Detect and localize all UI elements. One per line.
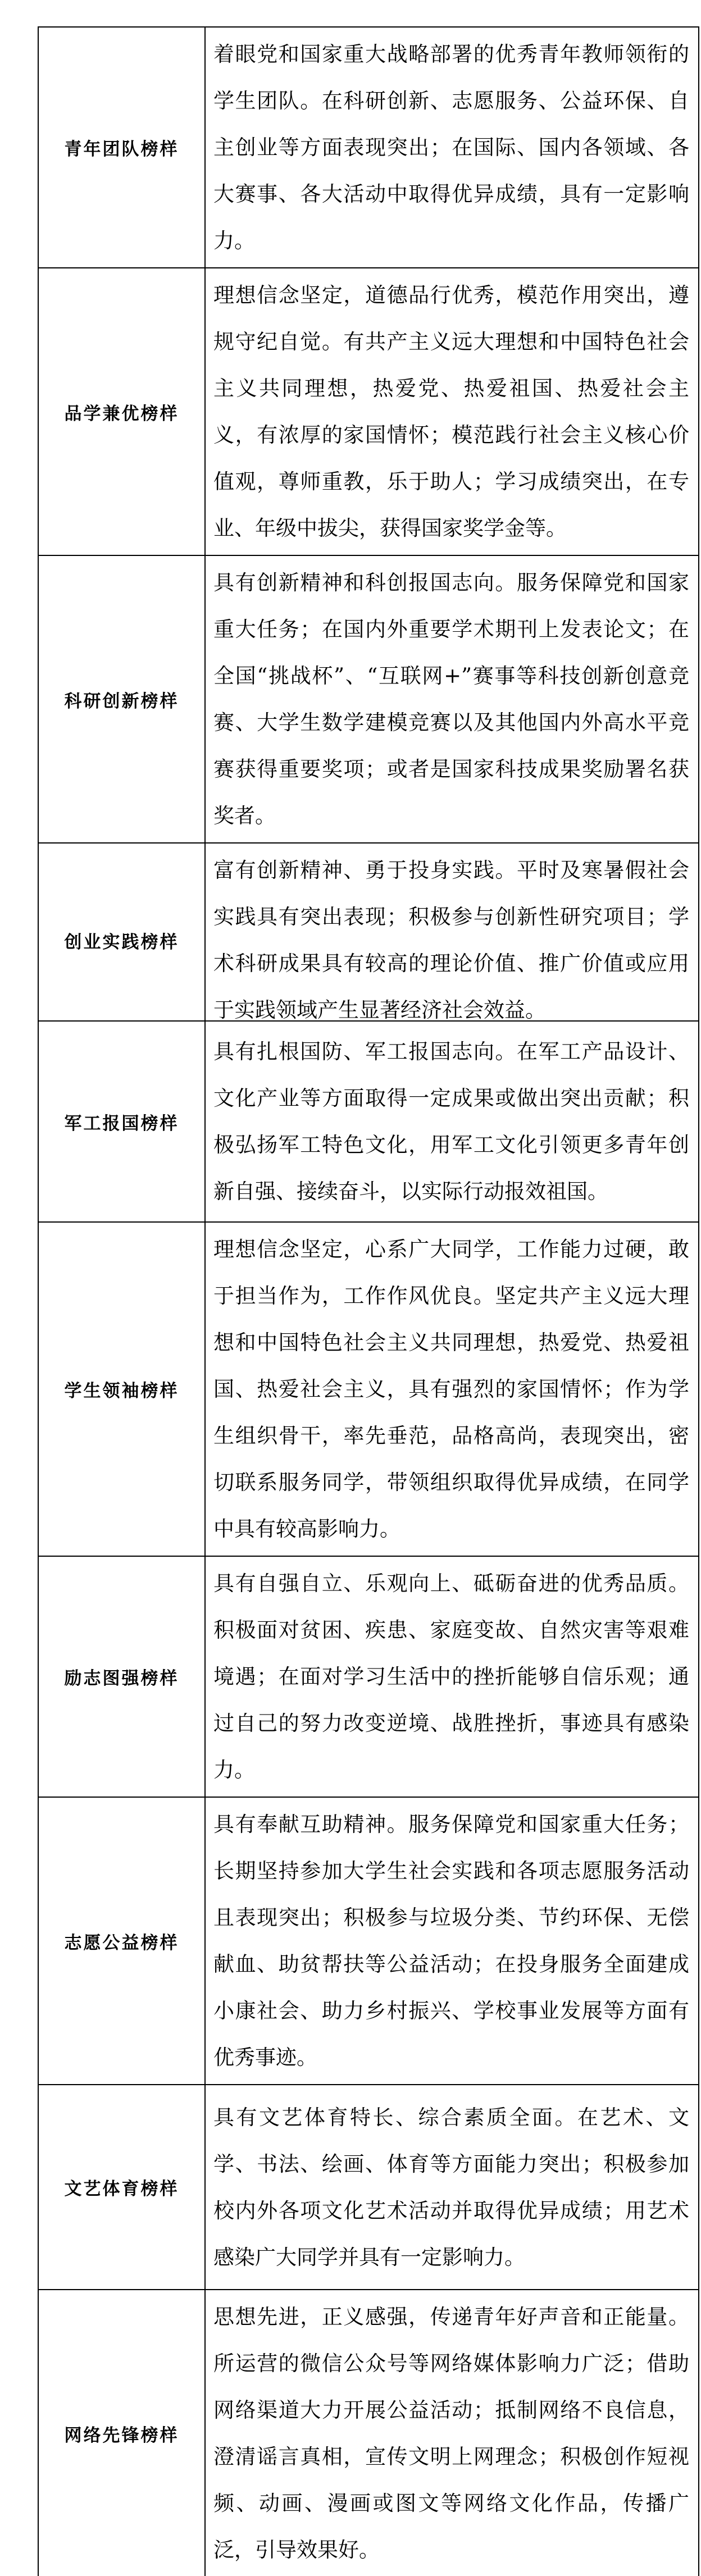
category-label: 科研创新榜样 xyxy=(38,555,205,843)
role-model-table-upper: 青年团队榜样 着眼党和国家重大战略部署的优秀青年教师领衔的学生团队。在科研创新、… xyxy=(38,26,699,1038)
category-label: 创业实践榜样 xyxy=(38,843,205,1037)
table-row: 学生领袖榜样 理想信念坚定，心系广大同学，工作能力过硬，敢于担当作为，工作作风优… xyxy=(38,1222,699,1556)
category-label: 学生领袖榜样 xyxy=(38,1222,205,1556)
table-row: 网络先锋榜样 思想先进，正义感强，传递青年好声音和正能量。所运营的微信公众号等网… xyxy=(38,2290,699,2576)
category-description: 具有奉献互助精神。服务保障党和国家重大任务；长期坚持参加大学生社会实践和各项志愿… xyxy=(205,1797,699,2085)
category-label: 励志图强榜样 xyxy=(38,1556,205,1797)
category-description: 具有创新精神和科创报国志向。服务保障党和国家重大任务；在国内外重要学术期刊上发表… xyxy=(205,555,699,843)
role-model-table-lower: 军工报国榜样 具有扎根国防、军工报国志向。在军工产品设计、文化产业等方面取得一定… xyxy=(38,1020,699,2576)
category-label: 文艺体育榜样 xyxy=(38,2085,205,2290)
category-description: 着眼党和国家重大战略部署的优秀青年教师领衔的学生团队。在科研创新、志愿服务、公益… xyxy=(205,27,699,268)
table-row: 文艺体育榜样 具有文艺体育特长、综合素质全面。在艺术、文学、书法、绘画、体育等方… xyxy=(38,2085,699,2290)
category-description: 具有扎根国防、军工报国志向。在军工产品设计、文化产业等方面取得一定成果或做出突出… xyxy=(205,1021,699,1222)
table-row: 青年团队榜样 着眼党和国家重大战略部署的优秀青年教师领衔的学生团队。在科研创新、… xyxy=(38,27,699,268)
category-label: 志愿公益榜样 xyxy=(38,1797,205,2085)
category-label: 青年团队榜样 xyxy=(38,27,205,268)
category-description: 思想先进，正义感强，传递青年好声音和正能量。所运营的微信公众号等网络媒体影响力广… xyxy=(205,2290,699,2576)
category-label: 军工报国榜样 xyxy=(38,1021,205,1222)
category-description: 理想信念坚定，道德品行优秀，模范作用突出，遵规守纪自觉。有共产主义远大理想和中国… xyxy=(205,268,699,555)
table-row: 励志图强榜样 具有自强自立、乐观向上、砥砺奋进的优秀品质。积极面对贫困、疾患、家… xyxy=(38,1556,699,1797)
category-description: 理想信念坚定，心系广大同学，工作能力过硬，敢于担当作为，工作作风优良。坚定共产主… xyxy=(205,1222,699,1556)
category-description: 富有创新精神、勇于投身实践。平时及寒暑假社会实践具有突出表现；积极参与创新性研究… xyxy=(205,843,699,1037)
category-label: 品学兼优榜样 xyxy=(38,268,205,555)
table-row: 品学兼优榜样 理想信念坚定，道德品行优秀，模范作用突出，遵规守纪自觉。有共产主义… xyxy=(38,268,699,555)
category-description: 具有文艺体育特长、综合素质全面。在艺术、文学、书法、绘画、体育等方面能力突出；积… xyxy=(205,2085,699,2290)
category-label: 网络先锋榜样 xyxy=(38,2290,205,2576)
table-row: 科研创新榜样 具有创新精神和科创报国志向。服务保障党和国家重大任务；在国内外重要… xyxy=(38,555,699,843)
table-row: 军工报国榜样 具有扎根国防、军工报国志向。在军工产品设计、文化产业等方面取得一定… xyxy=(38,1021,699,1222)
table-row: 创业实践榜样 富有创新精神、勇于投身实践。平时及寒暑假社会实践具有突出表现；积极… xyxy=(38,843,699,1037)
table-row: 志愿公益榜样 具有奉献互助精神。服务保障党和国家重大任务；长期坚持参加大学生社会… xyxy=(38,1797,699,2085)
category-description: 具有自强自立、乐观向上、砥砺奋进的优秀品质。积极面对贫困、疾患、家庭变故、自然灾… xyxy=(205,1556,699,1797)
document-page: 青年团队榜样 着眼党和国家重大战略部署的优秀青年教师领衔的学生团队。在科研创新、… xyxy=(0,0,701,2576)
